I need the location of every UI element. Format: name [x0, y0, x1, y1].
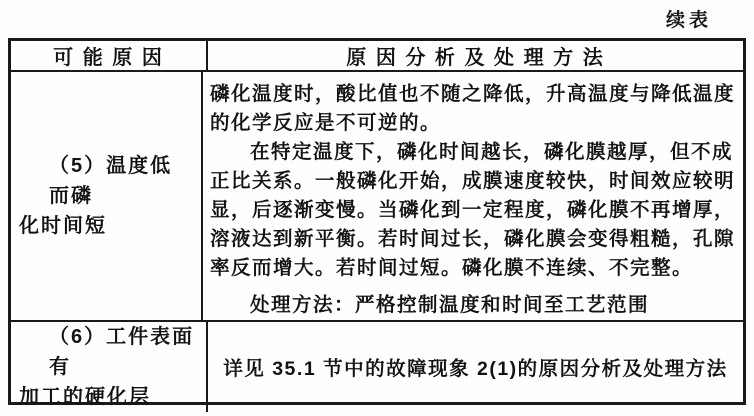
cause-cell: （6）工件表面有 加工的硬化层 [11, 322, 208, 412]
cause-text: （5）温度低而磷 化时间短 [11, 151, 201, 241]
table-row: （5）温度低而磷 化时间短 磷化温度时，酸比值也不随之降低，升高温度与降低温度 … [11, 72, 743, 322]
analysis-line: 正比关系。一般磷化开始，成膜速度较快，时间效应较明 [210, 167, 735, 196]
cause-text: （6）工件表面有 加工的硬化层 [11, 322, 206, 412]
analysis-cell: 磷化温度时，酸比值也不随之降低，升高温度与降低温度 的化学反应是不可逆的。 在特… [203, 72, 743, 320]
header-cell-possible-cause: 可 能 原 因 [11, 41, 208, 70]
header-cell-analysis-method: 原 因 分 析 及 处 理 方 法 [208, 41, 743, 70]
analysis-paragraphs: 磷化温度时，酸比值也不随之降低，升高温度与降低温度 的化学反应是不可逆的。 在特… [203, 72, 743, 320]
continued-table-label: 续表 [666, 5, 712, 32]
cause-cell: （5）温度低而磷 化时间短 [11, 72, 203, 320]
table-row: （6）工件表面有 加工的硬化层 详见 35.1 节中的故障现象 2(1)的原因分… [11, 322, 743, 412]
cause-line: 加工的硬化层 [19, 382, 198, 412]
document-page: 续表 可 能 原 因 原 因 分 析 及 处 理 方 法 （5）温度低而磷 化时… [0, 0, 754, 416]
analysis-line: 率反而增大。若时间过短。磷化膜不连续、不完整。 [210, 254, 735, 283]
analysis-reference-text: 详见 35.1 节中的故障现象 2(1)的原因分析及处理方法 [223, 353, 727, 381]
analysis-line: 溶液达到新平衡。若时间过长，磷化膜会变得粗糙，孔隙 [210, 225, 735, 254]
treatment-method-line: 处理方法：严格控制温度和时间至工艺范围 [210, 291, 735, 320]
table-header-row: 可 能 原 因 原 因 分 析 及 处 理 方 法 [11, 41, 743, 72]
analysis-line: 的化学反应是不可逆的。 [210, 109, 735, 138]
fault-analysis-table: 可 能 原 因 原 因 分 析 及 处 理 方 法 （5）温度低而磷 化时间短 … [8, 38, 746, 405]
analysis-line: 在特定温度下，磷化时间越长，磷化膜越厚，但不成 [210, 138, 735, 167]
analysis-line: 磷化温度时，酸比值也不随之降低，升高温度与降低温度 [210, 80, 735, 109]
cause-line: （5）温度低而磷 [19, 151, 193, 211]
analysis-cell: 详见 35.1 节中的故障现象 2(1)的原因分析及处理方法 [208, 322, 743, 412]
analysis-line: 显，后逐渐变慢。当磷化到一定程度，磷化膜不再增厚， [210, 196, 735, 225]
cause-line: （6）工件表面有 [19, 322, 198, 382]
cause-line: 化时间短 [19, 211, 193, 241]
